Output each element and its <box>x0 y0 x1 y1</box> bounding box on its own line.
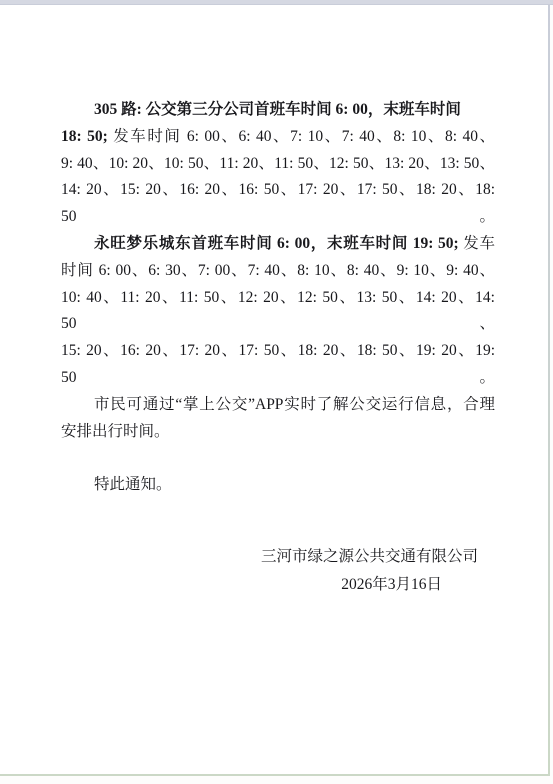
page-right-edge <box>548 4 550 776</box>
route-305-line-3: 9: 40、10: 20、10: 50、11: 20、11: 50、12: 50… <box>61 151 495 178</box>
app-notice-line-1: 市民可通过“掌上公交”APP实时了解公交运行信息，合理 <box>61 392 495 419</box>
notice-body: 305 路: 公交第三分公司首班车时间 6: 00，末班车时间18: 50; 发… <box>61 97 495 599</box>
route-305-line-4: 14: 20、15: 20、16: 20、16: 50、17: 20、17: 5… <box>61 177 495 231</box>
text-segment: 时间 6: 00、6: 30、7: 00、7: 40、8: 10、8: 40、9… <box>61 262 495 279</box>
text-segment: 10: 40、11: 20、11: 50、12: 20、12: 50、13: 5… <box>61 289 495 333</box>
document-page: 305 路: 公交第三分公司首班车时间 6: 00，末班车时间18: 50; 发… <box>0 5 548 774</box>
yongwang-line-1: 永旺梦乐城东首班车时间 6: 00，末班车时间 19: 50; 发车 <box>61 231 495 258</box>
text-segment: 15: 20、16: 20、17: 20、17: 50、18: 20、18: 5… <box>61 342 495 386</box>
signature-company: 三河市绿之源公共交通有限公司 <box>61 543 495 571</box>
text-segment: 发车时间 6: 00、6: 40、7: 10、7: 40、8: 10、8: 40… <box>113 128 495 145</box>
yongwang-line-2: 时间 6: 00、6: 30、7: 00、7: 40、8: 10、8: 40、9… <box>61 258 495 285</box>
closing-line: 特此通知。 <box>61 472 495 499</box>
text-segment: 14: 20、15: 20、16: 20、16: 50、17: 20、17: 5… <box>61 181 495 225</box>
signature-block: 三河市绿之源公共交通有限公司 2026年3月16日 <box>61 543 495 599</box>
notice-text-lines: 305 路: 公交第三分公司首班车时间 6: 00，末班车时间18: 50; 发… <box>61 97 495 499</box>
text-segment: 305 路: 公交第三分公司首班车时间 6: 00，末班车时间 <box>94 101 461 118</box>
route-305-line-1: 305 路: 公交第三分公司首班车时间 6: 00，末班车时间 <box>61 97 495 124</box>
text-segment: 市民可通过“掌上公交”APP实时了解公交运行信息，合理 <box>94 396 495 413</box>
app-notice-line-2: 安排出行时间。 <box>61 419 495 446</box>
text-segment: 18: 50; <box>61 128 113 145</box>
yongwang-line-4: 15: 20、16: 20、17: 20、17: 50、18: 20、18: 5… <box>61 338 495 392</box>
text-segment: 安排出行时间。 <box>61 423 170 440</box>
text-segment: 9: 40、10: 20、10: 50、11: 20、11: 50、12: 50… <box>61 155 495 172</box>
yongwang-line-3: 10: 40、11: 20、11: 50、12: 20、12: 50、13: 5… <box>61 285 495 339</box>
route-305-line-2: 18: 50; 发车时间 6: 00、6: 40、7: 10、7: 40、8: … <box>61 124 495 151</box>
signature-date: 2026年3月16日 <box>61 571 495 599</box>
text-segment: 永旺梦乐城东首班车时间 6: 00，末班车时间 19: 50; <box>94 235 463 252</box>
text-segment: 特此通知。 <box>94 476 172 493</box>
text-segment: 发车 <box>463 235 495 252</box>
blank-line <box>61 445 495 472</box>
page-bottom-edge <box>0 774 550 776</box>
